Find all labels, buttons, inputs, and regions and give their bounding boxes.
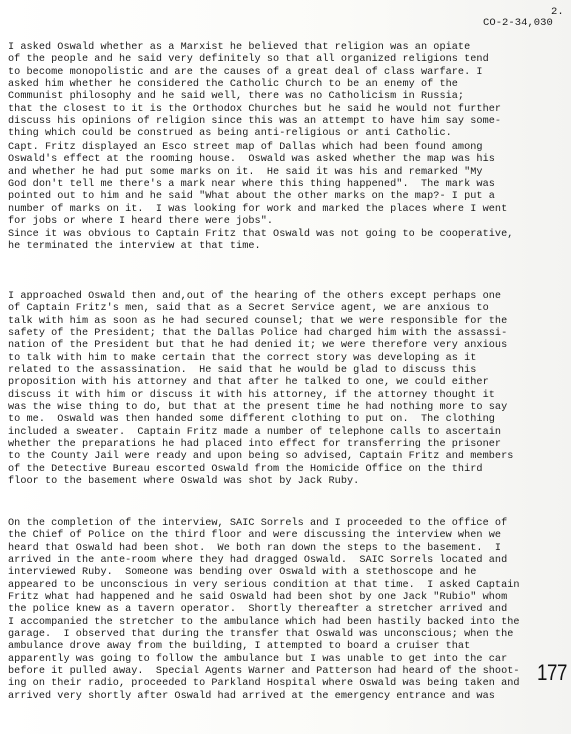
text-line: talk with him as soon as he had secured …	[8, 316, 513, 328]
text-line: ambulance drove away from the building, …	[8, 641, 520, 653]
text-line: garage. I observed that during the trans…	[8, 629, 520, 641]
text-line: discuss his opinions of religion since t…	[8, 116, 501, 128]
page-number: 2.	[551, 6, 564, 18]
text-line: to me. Oswald was then handed some diffe…	[8, 414, 513, 426]
text-line: God don't tell me there's a mark near wh…	[8, 179, 507, 191]
page-stamp-number: 177	[537, 660, 567, 686]
paragraph-interview-terminated: Since it was obvious to Captain Fritz th…	[8, 229, 513, 254]
text-line: he terminated the interview at that time…	[8, 241, 513, 253]
text-line: I approached Oswald then and,out of the …	[8, 291, 513, 303]
text-line: safety of the President; that the Dallas…	[8, 328, 513, 340]
file-number: CO-2-34,030	[483, 17, 553, 29]
text-line: included a sweater. Captain Fritz made a…	[8, 427, 513, 439]
paragraph-shooting-aftermath: On the completion of the interview, SAIC…	[8, 518, 520, 703]
text-line: to talk with him to make certain that th…	[8, 353, 513, 365]
text-line: proposition with his attorney and that a…	[8, 377, 513, 389]
text-line: related to the assassination. He said th…	[8, 365, 513, 377]
text-line: Since it was obvious to Captain Fritz th…	[8, 229, 513, 241]
text-line: apparently was going to follow the ambul…	[8, 654, 520, 666]
text-line: before it pulled away. Special Agents Wa…	[8, 666, 520, 678]
text-line: Capt. Fritz displayed an Esco street map…	[8, 142, 507, 154]
text-line: of the people and he said very definitel…	[8, 54, 501, 66]
text-line: to the County Jail were ready and upon b…	[8, 451, 513, 463]
text-line: Communist philosophy and he said well, t…	[8, 91, 501, 103]
text-line: thing which could be construed as being …	[8, 128, 501, 140]
text-line: the Chief of Police on the third floor a…	[8, 530, 520, 542]
text-line: to become monopolistic and are the cause…	[8, 67, 501, 79]
text-line: of Captain Fritz's men, said that as a S…	[8, 303, 513, 315]
text-line: that the closest to it is the Orthodox C…	[8, 104, 501, 116]
paragraph-approach-oswald: I approached Oswald then and,out of the …	[8, 291, 513, 489]
text-line: and whether he had put some marks on it.…	[8, 167, 507, 179]
document-page: 2. CO-2-34,030 I asked Oswald whether as…	[0, 0, 571, 734]
text-line: asked him whether he considered the Cath…	[8, 79, 501, 91]
text-line: ing on their radio, proceeded to Parklan…	[8, 678, 520, 690]
text-line: appeared to be unconscious in very serio…	[8, 580, 520, 592]
text-line: heard that Oswald had been shot. We both…	[8, 543, 520, 555]
text-line: number of marks on it. I was looking for…	[8, 204, 507, 216]
text-line: the police knew as a tavern operator. Sh…	[8, 604, 520, 616]
text-line: discuss it with him or discuss it with h…	[8, 390, 513, 402]
text-line: interviewed Ruby. Someone was bending ov…	[8, 567, 520, 579]
text-line: arrived in the ante-room where they had …	[8, 555, 520, 567]
text-line: pointed out to him and he said "What abo…	[8, 191, 507, 203]
text-line: I accompanied the stretcher to the ambul…	[8, 617, 520, 629]
text-line: floor to the basement where Oswald was s…	[8, 476, 513, 488]
text-line: Fritz what had happened and he said Oswa…	[8, 592, 520, 604]
paragraph-map: Capt. Fritz displayed an Esco street map…	[8, 142, 507, 228]
text-line: On the completion of the interview, SAIC…	[8, 518, 520, 530]
text-line: was the wise thing to do, but that at th…	[8, 402, 513, 414]
text-line: arrived very shortly after Oswald had ar…	[8, 691, 520, 703]
text-line: whether the preparations he had placed i…	[8, 439, 513, 451]
text-line: nation of the President but that he had …	[8, 340, 513, 352]
text-line: Oswald's effect at the rooming house. Os…	[8, 154, 507, 166]
text-line: I asked Oswald whether as a Marxist he b…	[8, 42, 501, 54]
text-line: of the Detective Bureau escorted Oswald …	[8, 464, 513, 476]
paragraph-religion: I asked Oswald whether as a Marxist he b…	[8, 42, 501, 141]
text-line: for jobs or where I heard there were job…	[8, 216, 507, 228]
